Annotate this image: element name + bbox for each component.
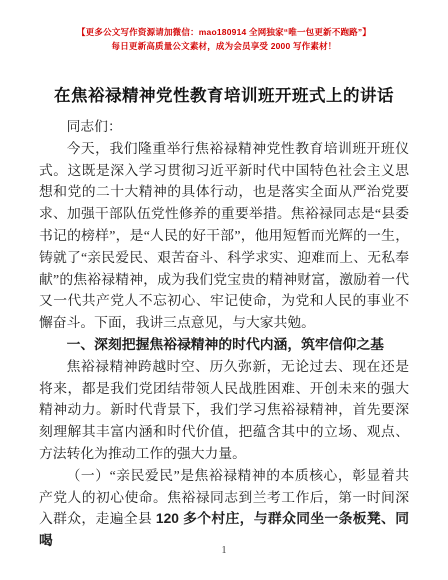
page-number: 1 xyxy=(0,545,448,556)
document-body: 同志们： 今天，我们隆重举行焦裕禄精神党性教育培训班开班仪式。这既是深入学习贯彻… xyxy=(39,116,409,552)
promo-banner: 【更多公文写作资源请加微信：mao180914 全网独家“唯一包更新不跑路”】 … xyxy=(0,0,448,53)
document-title: 在焦裕禄精神党性教育培训班开班式上的讲话 xyxy=(20,85,428,107)
point-paragraph: （一）“亲民爱民”是焦裕禄精神的本质核心，彰显着共产党人的初心使命。焦裕禄同志到… xyxy=(39,465,409,552)
section-heading: 一、深刻把握焦裕禄精神的时代内涵，筑牢信仰之基 xyxy=(39,334,409,356)
salutation-paragraph: 同志们： xyxy=(39,116,409,138)
promo-banner-line-2: 每日更新高质量公文素材，成为会员享受 2000 写作素材！ xyxy=(0,39,448,53)
document-page: 【更多公文写作资源请加微信：mao180914 全网独家“唯一包更新不跑路”】 … xyxy=(0,0,448,580)
intro-paragraph: 今天，我们隆重举行焦裕禄精神党性教育培训班开班仪式。这既是深入学习贯彻习近平新时… xyxy=(39,138,409,334)
section-paragraph: 焦裕禄精神跨越时空、历久弥新，无论过去、现在还是将来，都是我们党团结带领人民战胜… xyxy=(39,356,409,465)
promo-banner-line-1: 【更多公文写作资源请加微信：mao180914 全网独家“唯一包更新不跑路”】 xyxy=(0,25,448,39)
